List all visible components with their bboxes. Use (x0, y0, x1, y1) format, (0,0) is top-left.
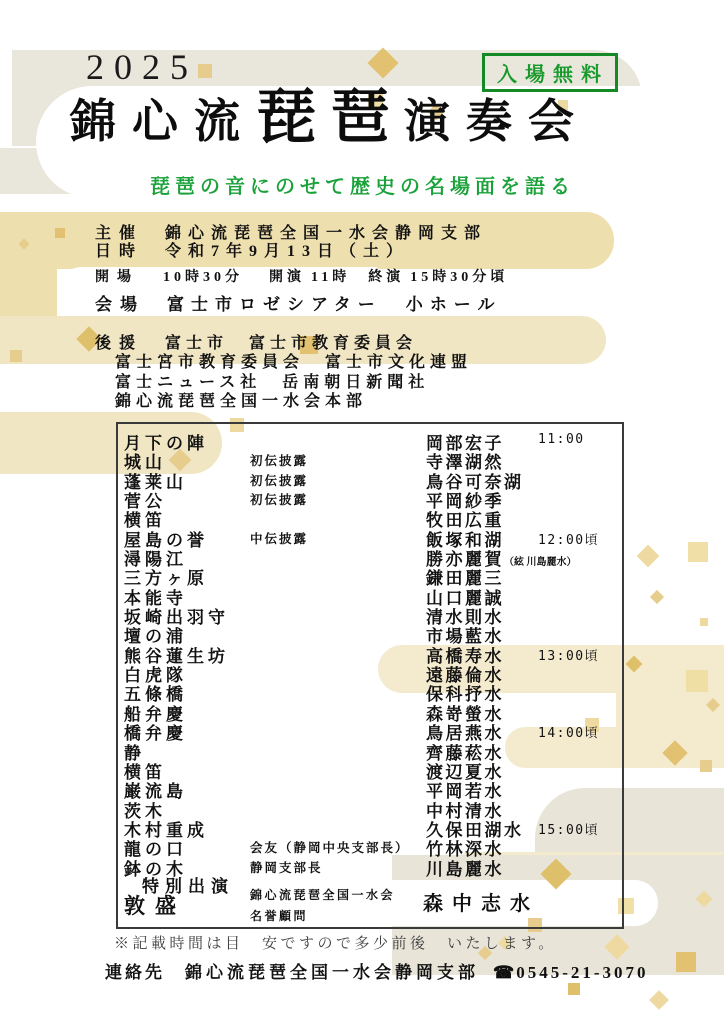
doors-label: 開場 (95, 266, 139, 286)
program-row: 熊谷蓮生坊高橋寿水13:00頃 (118, 642, 622, 661)
program-row: 船弁慶森嵜螢水 (118, 700, 622, 719)
piece-note: 静岡支部長 (250, 858, 323, 876)
time-marker: 11:00 (538, 432, 585, 447)
gold-square-icon (568, 983, 580, 995)
special-role-note: 名誉顧問 (250, 907, 308, 924)
venue-line: 会場富士市ロゼシアター 小ホール (95, 290, 501, 315)
program-row: 潯陽江勝亦麗賀（絃 川島麗水） (118, 545, 622, 564)
sponsor-entry: 錦心流琵琶全国一水会本部 (115, 392, 472, 412)
date-value: 令和7年9月13日（土） (165, 243, 409, 260)
gold-square-icon (650, 590, 664, 604)
program-row: 巌流島平岡若水 (118, 777, 622, 796)
special-performer-name: 森中志水 (423, 887, 539, 916)
sponsors-label: 後援 (95, 330, 143, 353)
program-row: 龍の口会友（静岡中央支部長）竹林深水 (118, 835, 622, 854)
program-row: 橋弁慶鳥居燕水14:00頃 (118, 719, 622, 738)
program-row: 茨木中村清水 (118, 797, 622, 816)
gold-square-icon (686, 670, 708, 692)
date-label: 日時 (95, 238, 143, 261)
venue-label: 会場 (95, 290, 145, 315)
gold-square-icon (700, 760, 712, 772)
special-org-note: 錦心流琵琶全国一水会 (250, 886, 395, 903)
program-table: 月下の陣岡部宏子11:00城山初伝披露寺澤湖然蓬莱山初伝披露鳥谷可奈湖菅公初伝披… (116, 422, 624, 929)
doors-time: 10時30分 (163, 270, 243, 285)
year-label: 2025 (86, 46, 198, 88)
piece-note: 初伝披露 (250, 451, 308, 469)
program-row: 本能寺山口麗誠 (118, 584, 622, 603)
start-label: 開演 (269, 270, 305, 285)
sponsor-entry: 富士ニュース社 岳南朝日新聞社 (115, 373, 472, 393)
gold-square-icon (637, 545, 660, 568)
sponsors-block: 後援富士市 富士市教育委員会 富士宮市教育委員会 富士市文化連盟 富士ニュース社… (95, 330, 472, 412)
contact-label: 連絡先 (105, 963, 165, 982)
end-time: 15時30分頃 (410, 270, 508, 285)
doors-line: 開場10時30分開演11時終演15時30分頃 (95, 266, 508, 286)
program-row: 五條橋保科抒水 (118, 680, 622, 699)
flyer-page: 2025 入場無料 錦心流 琵琶 演奏会 琵琶の音にのせて歴史の名場面を語る 主… (0, 0, 724, 1024)
end-label: 終演 (368, 270, 404, 285)
title-segment-2: 琵琶 (256, 88, 404, 148)
sponsor-entry: 富士市 富士市教育委員会 (165, 330, 417, 353)
gold-square-icon (649, 990, 669, 1010)
title-segment-1: 錦心流 (70, 97, 256, 148)
program-rows: 月下の陣岡部宏子11:00城山初伝披露寺澤湖然蓬莱山初伝披露鳥谷可奈湖菅公初伝披… (118, 429, 622, 874)
gold-square-icon (198, 64, 212, 78)
program-row: 三方ヶ原鎌田麗三 (118, 564, 622, 583)
free-admission-badge: 入場無料 (482, 53, 618, 92)
sponsor-entry: 富士宮市教育委員会 富士市文化連盟 (115, 353, 472, 373)
special-piece-title: 敦盛 (124, 890, 186, 920)
program-row: 横笛牧田広重 (118, 506, 622, 525)
program-row: 壇の浦市場藍水 (118, 622, 622, 641)
performer-name: 川島麗水 (426, 855, 504, 880)
piece-note: 初伝披露 (250, 471, 308, 489)
gold-square-icon (688, 542, 708, 562)
program-row: 城山初伝披露寺澤湖然 (118, 448, 622, 467)
sponsors-line-1: 後援富士市 富士市教育委員会 (95, 330, 472, 353)
program-row: 蓬莱山初伝披露鳥谷可奈湖 (118, 468, 622, 487)
page-title: 錦心流 琵琶 演奏会 (70, 88, 670, 148)
program-row: 菅公初伝披露平岡紗季 (118, 487, 622, 506)
program-row: 坂崎出羽守清水則水 (118, 603, 622, 622)
date-line: 日時令和7年9月13日（土） (95, 238, 409, 261)
gold-square-icon (55, 228, 65, 238)
program-row: 木村重成久保田湖水15:00頃 (118, 816, 622, 835)
gold-square-icon (700, 618, 708, 626)
subtitle: 琵琶の音にのせて歴史の名場面を語る (150, 170, 575, 199)
contact-org: 錦心流琵琶全国一水会静岡支部 (185, 963, 479, 982)
phone-number: 0545-21-3070 (516, 963, 648, 982)
gold-square-icon (676, 952, 696, 972)
gold-square-icon (10, 350, 22, 362)
start-time: 11時 (311, 270, 350, 285)
program-row: 横笛渡辺夏水 (118, 758, 622, 777)
program-row: 屋島の誉中伝披露飯塚和湖12:00頃 (118, 526, 622, 545)
venue-value: 富士市ロゼシアター 小ホール (167, 295, 501, 314)
title-segment-3: 演奏会 (404, 97, 590, 148)
time-disclaimer-note: ※記載時間は目 安ですので多少前後 いたします。 (114, 932, 557, 953)
program-row: 月下の陣岡部宏子11:00 (118, 429, 622, 448)
program-row: 白虎隊遠藤倫水 (118, 661, 622, 680)
contact-line: 連絡先錦心流琵琶全国一水会静岡支部☎0545-21-3070 (105, 958, 649, 983)
piece-note: 会友（静岡中央支部長） (250, 838, 410, 856)
piece-note: 中伝披露 (250, 529, 308, 547)
program-row: 静齊藤菘水 (118, 739, 622, 758)
program-row: 鉢の木静岡支部長川島麗水 (118, 855, 622, 874)
phone-icon: ☎ (493, 963, 516, 982)
piece-note: 初伝披露 (250, 490, 308, 508)
